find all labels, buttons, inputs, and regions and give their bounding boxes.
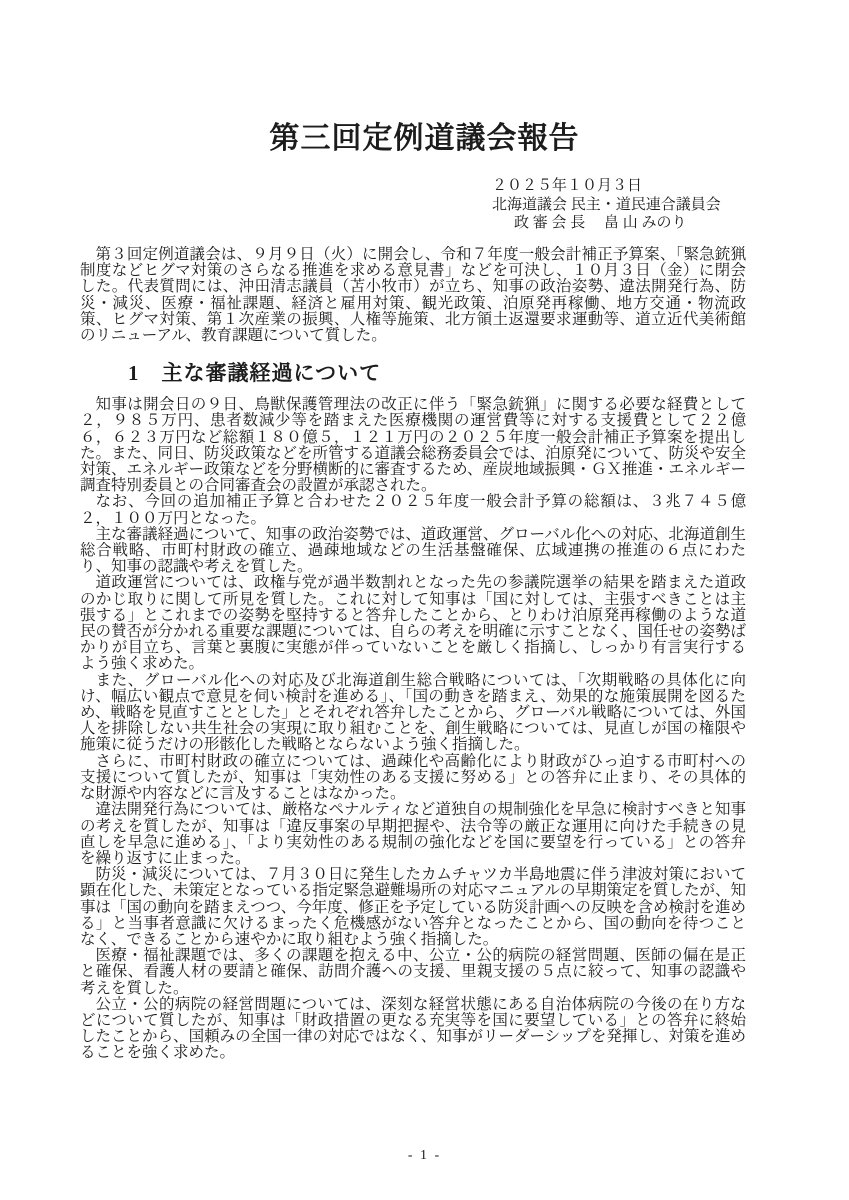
body-paragraph: 医療・福祉課題では、多くの課題を抱える中、公立・公的病院の経営問題、医師の偏在是…: [80, 948, 746, 997]
body-paragraph: また、グローバル化への対応及び北海道創生総合戦略については、「次期戦略の具体化に…: [80, 673, 746, 754]
body-paragraph: なお、今回の追加補正予算と合わせた２０２５年度一般会計予算の総額は、３兆７４５億…: [80, 494, 746, 526]
body-paragraph: 防災・減災については、７月３０日に発生したカムチャツカ半島地震に伴う津波対策にお…: [80, 867, 746, 948]
section-heading: 1 主な審議経過について: [128, 360, 746, 386]
document-body: 第３回定例道議会は、９月９日（火）に開会し、令和７年度一般会計補正予算案、「緊急…: [80, 247, 746, 1062]
document-page: 第三回定例道議会報告 ２０２５年１０月３日 北海道議会 民主・道民連合議員会 政…: [0, 0, 849, 1200]
document-title: 第三回定例道議会報告: [0, 120, 849, 158]
intro-paragraph: 第３回定例道議会は、９月９日（火）に開会し、令和７年度一般会計補正予算案、「緊急…: [80, 247, 746, 344]
body-paragraph: 公立・公的病院の経営問題については、深刻な経営状態にある自治体病院の今後の在り方…: [80, 997, 746, 1062]
page-number: - 1 -: [0, 1147, 849, 1164]
body-paragraph: さらに、市町村財政の確立については、過疎化や高齢化により財政がひっ迫する市町村へ…: [80, 754, 746, 803]
date-line: ２０２５年１０月３日: [492, 177, 721, 196]
author-line: 政 審 会 長 畠 山 みのり: [492, 214, 721, 233]
body-paragraph: 道政運営については、政権与党が過半数割れとなった先の参議院選挙の結果を踏まえた道…: [80, 575, 746, 672]
byline-block: ２０２５年１０月３日 北海道議会 民主・道民連合議員会 政 審 会 長 畠 山 …: [492, 177, 721, 233]
body-paragraph: 知事は開会日の９日、鳥獣保護管理法の改正に伴う「緊急銃猟」に関する必要な経費とし…: [80, 397, 746, 494]
body-paragraph: 主な審議経過について、知事の政治姿勢では、道政運営、グローバル化への対応、北海道…: [80, 527, 746, 576]
body-paragraph: 違法開発行為については、厳格なペナルティなど道独自の規制強化を早急に検討すべきと…: [80, 802, 746, 867]
organization-line: 北海道議会 民主・道民連合議員会: [492, 196, 721, 215]
